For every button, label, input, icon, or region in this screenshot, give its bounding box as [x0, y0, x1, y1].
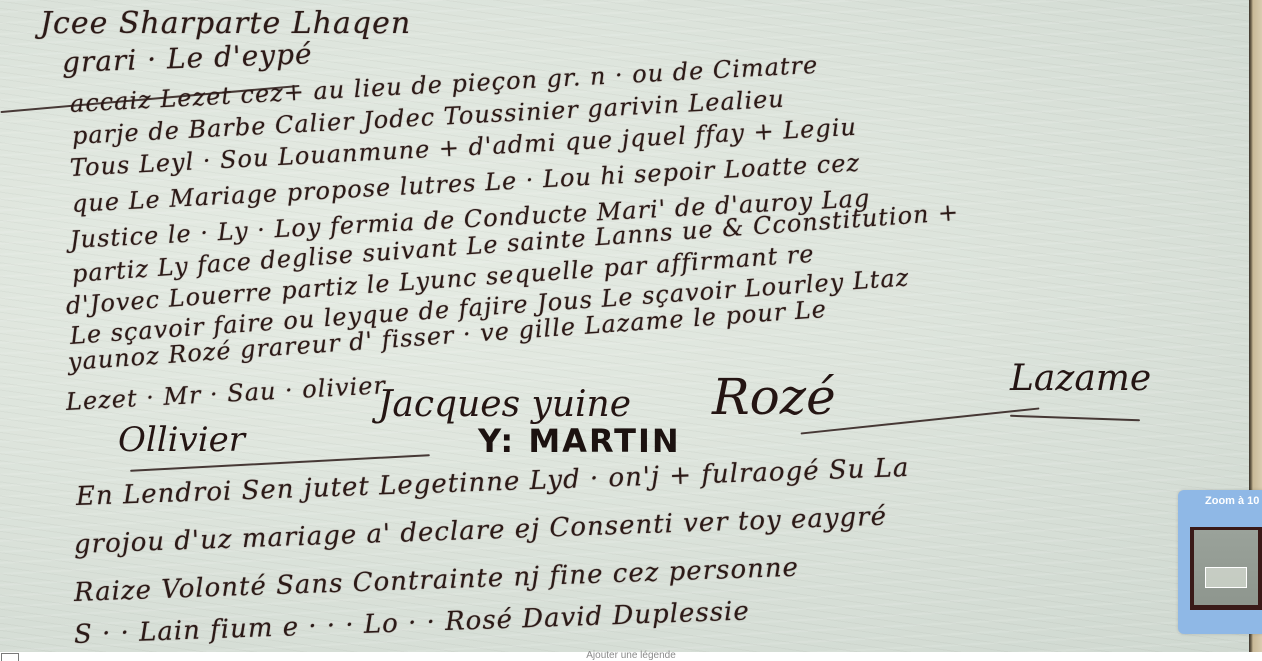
- zoom-level-label: Zoom à 10: [1205, 495, 1259, 507]
- signature: Rozé: [712, 368, 836, 426]
- image-viewer[interactable]: Jcee Sharparte Lhaqengrari · Le d'eypéac…: [0, 0, 1262, 652]
- navigator-viewport-handle[interactable]: [1205, 567, 1247, 588]
- navigator-thumbnail[interactable]: [1190, 527, 1262, 610]
- handwriting-line: Jcee Sharparte Lhaqen: [40, 6, 411, 41]
- stamped-name: Y: MARTIN: [478, 422, 681, 460]
- signature: Lazame: [1010, 358, 1151, 399]
- signature: Ollivier: [118, 420, 245, 460]
- signature: Jacques yuine: [378, 384, 631, 425]
- caption-input[interactable]: Ajouter une légende: [0, 650, 1262, 661]
- zoom-navigator[interactable]: Zoom à 10: [1178, 490, 1262, 634]
